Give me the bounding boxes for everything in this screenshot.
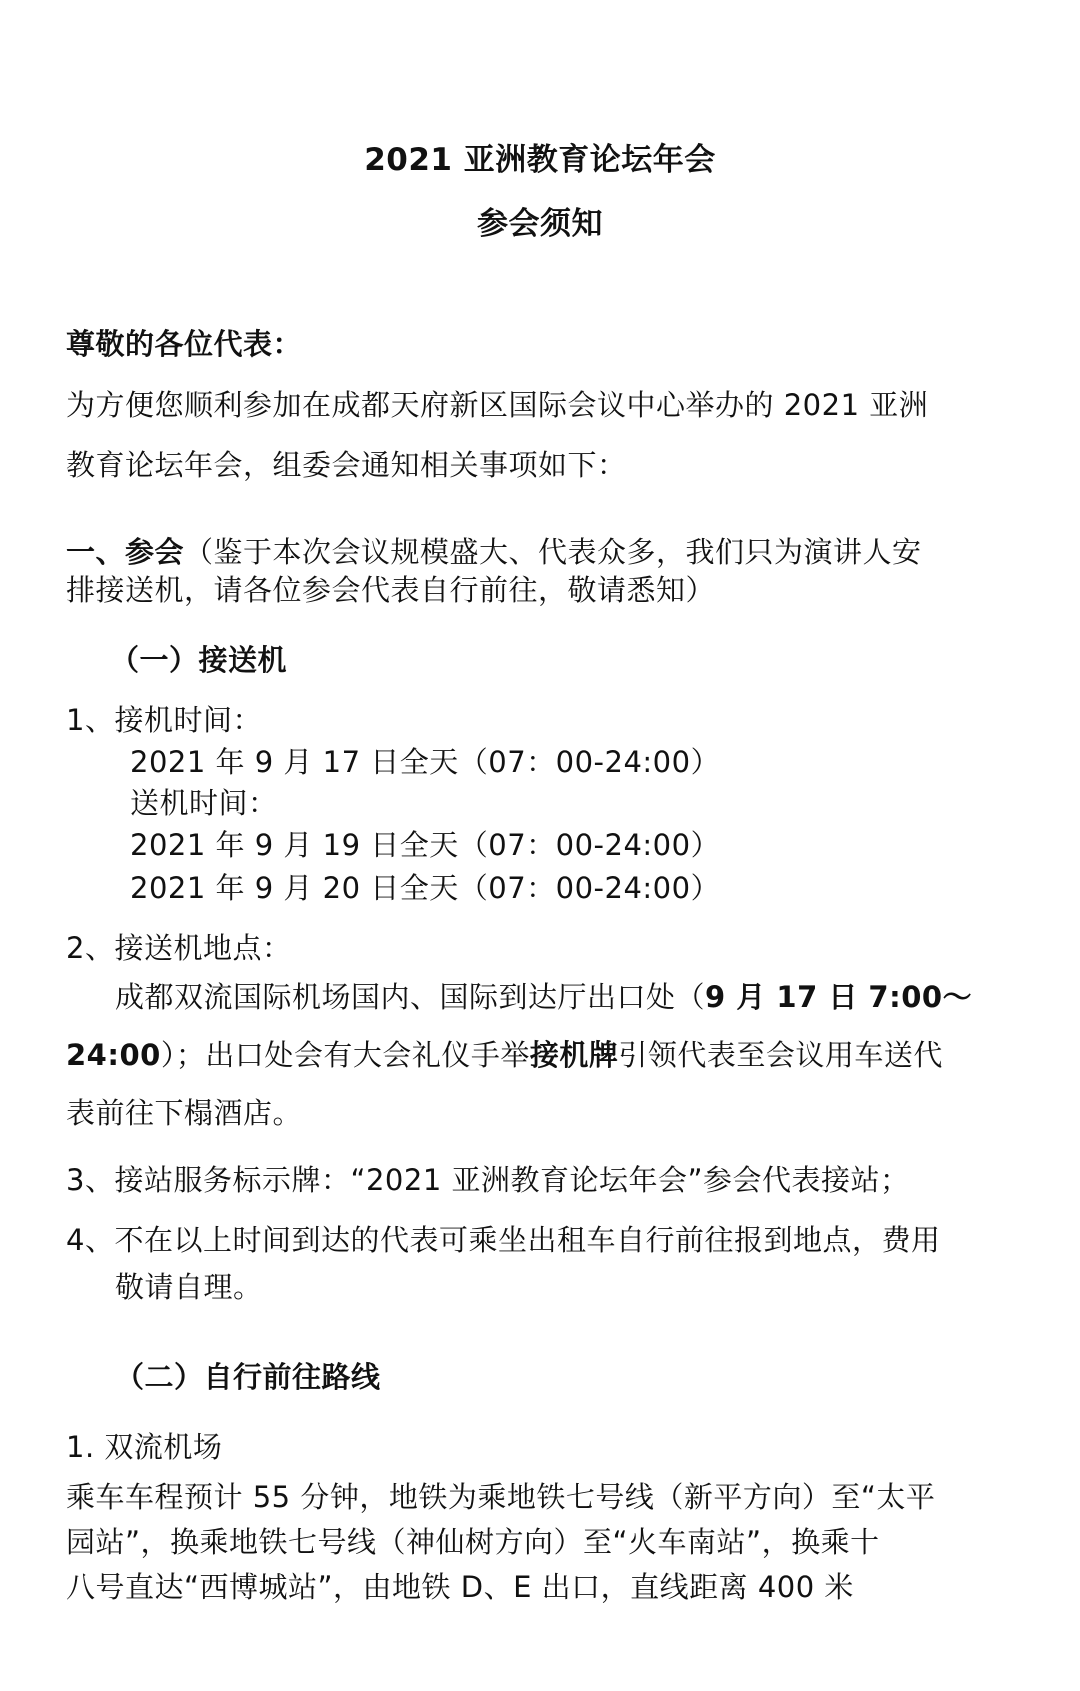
- section-1-heading-line: 一、参会（鉴于本次会议规模盛大、代表众多，我们只为演讲人安: [66, 533, 922, 571]
- taxi-item-line-2: 敬请自理。: [115, 1268, 263, 1306]
- pickup-sign-item: 3、接站服务标示牌：“2021 亚洲教育论坛年会”参会代表接站；: [66, 1161, 910, 1199]
- salutation: 尊敬的各位代表：: [66, 325, 302, 363]
- pickup-date: 2021 年 9 月 17 日全天（07：00-24:00）: [130, 743, 720, 781]
- location-text-2: ）；出口处会有大会礼仪手举: [161, 1038, 530, 1072]
- document-subtitle: 参会须知: [0, 205, 1080, 243]
- dropoff-time-label: 送机时间：: [130, 784, 278, 822]
- pickup-location-label: 2、接送机地点：: [66, 929, 291, 967]
- location-text-3: 引领代表至会议用车送代: [618, 1038, 943, 1072]
- intro-line-1: 为方便您顺利参加在成都天府新区国际会议中心举办的 2021 亚洲: [66, 386, 928, 424]
- section-1-note: （鉴于本次会议规模盛大、代表众多，我们只为演讲人安: [184, 535, 922, 569]
- route-1-line-1: 乘车车程预计 55 分钟，地铁为乘地铁七号线（新平方向）至“太平: [66, 1478, 935, 1516]
- pickup-sign-emphasis: 接机牌: [530, 1038, 619, 1072]
- pickup-location-line-1: 成都双流国际机场国内、国际到达厅出口处（9 月 17 日 7:00～: [115, 978, 972, 1016]
- route-1-line-3: 八号直达“西博城站”，由地铁 D、E 出口，直线距离 400 米: [66, 1568, 854, 1606]
- intro-line-2: 教育论坛年会，组委会通知相关事项如下：: [66, 446, 627, 484]
- section-1-note-line-2: 排接送机，请各位参会代表自行前往，敬请悉知）: [66, 571, 715, 609]
- pickup-time-label: 1、接机时间：: [66, 701, 262, 739]
- dropoff-date-2: 2021 年 9 月 20 日全天（07：00-24:00）: [130, 869, 720, 907]
- subsection-2-heading: （二）自行前往路线: [115, 1358, 381, 1396]
- location-time-end: 24:00: [66, 1038, 161, 1072]
- location-text: 成都双流国际机场国内、国际到达厅出口处（: [115, 980, 705, 1014]
- subsection-1-heading: （一）接送机: [110, 641, 287, 679]
- route-1-title: 1. 双流机场: [66, 1428, 222, 1466]
- pickup-location-line-3: 表前往下榻酒店。: [66, 1094, 302, 1132]
- location-time-start: 9 月 17 日 7:00～: [705, 980, 972, 1014]
- dropoff-date-1: 2021 年 9 月 19 日全天（07：00-24:00）: [130, 826, 720, 864]
- route-1-line-2: 园站”，换乘地铁七号线（神仙树方向）至“火车南站”，换乘十: [66, 1523, 880, 1561]
- pickup-location-line-2: 24:00）；出口处会有大会礼仪手举接机牌引领代表至会议用车送代: [66, 1036, 943, 1074]
- document-title: 2021 亚洲教育论坛年会: [0, 141, 1080, 179]
- section-1-heading: 一、参会: [66, 535, 184, 569]
- taxi-item-line-1: 4、不在以上时间到达的代表可乘坐出租车自行前往报到地点，费用: [66, 1221, 940, 1259]
